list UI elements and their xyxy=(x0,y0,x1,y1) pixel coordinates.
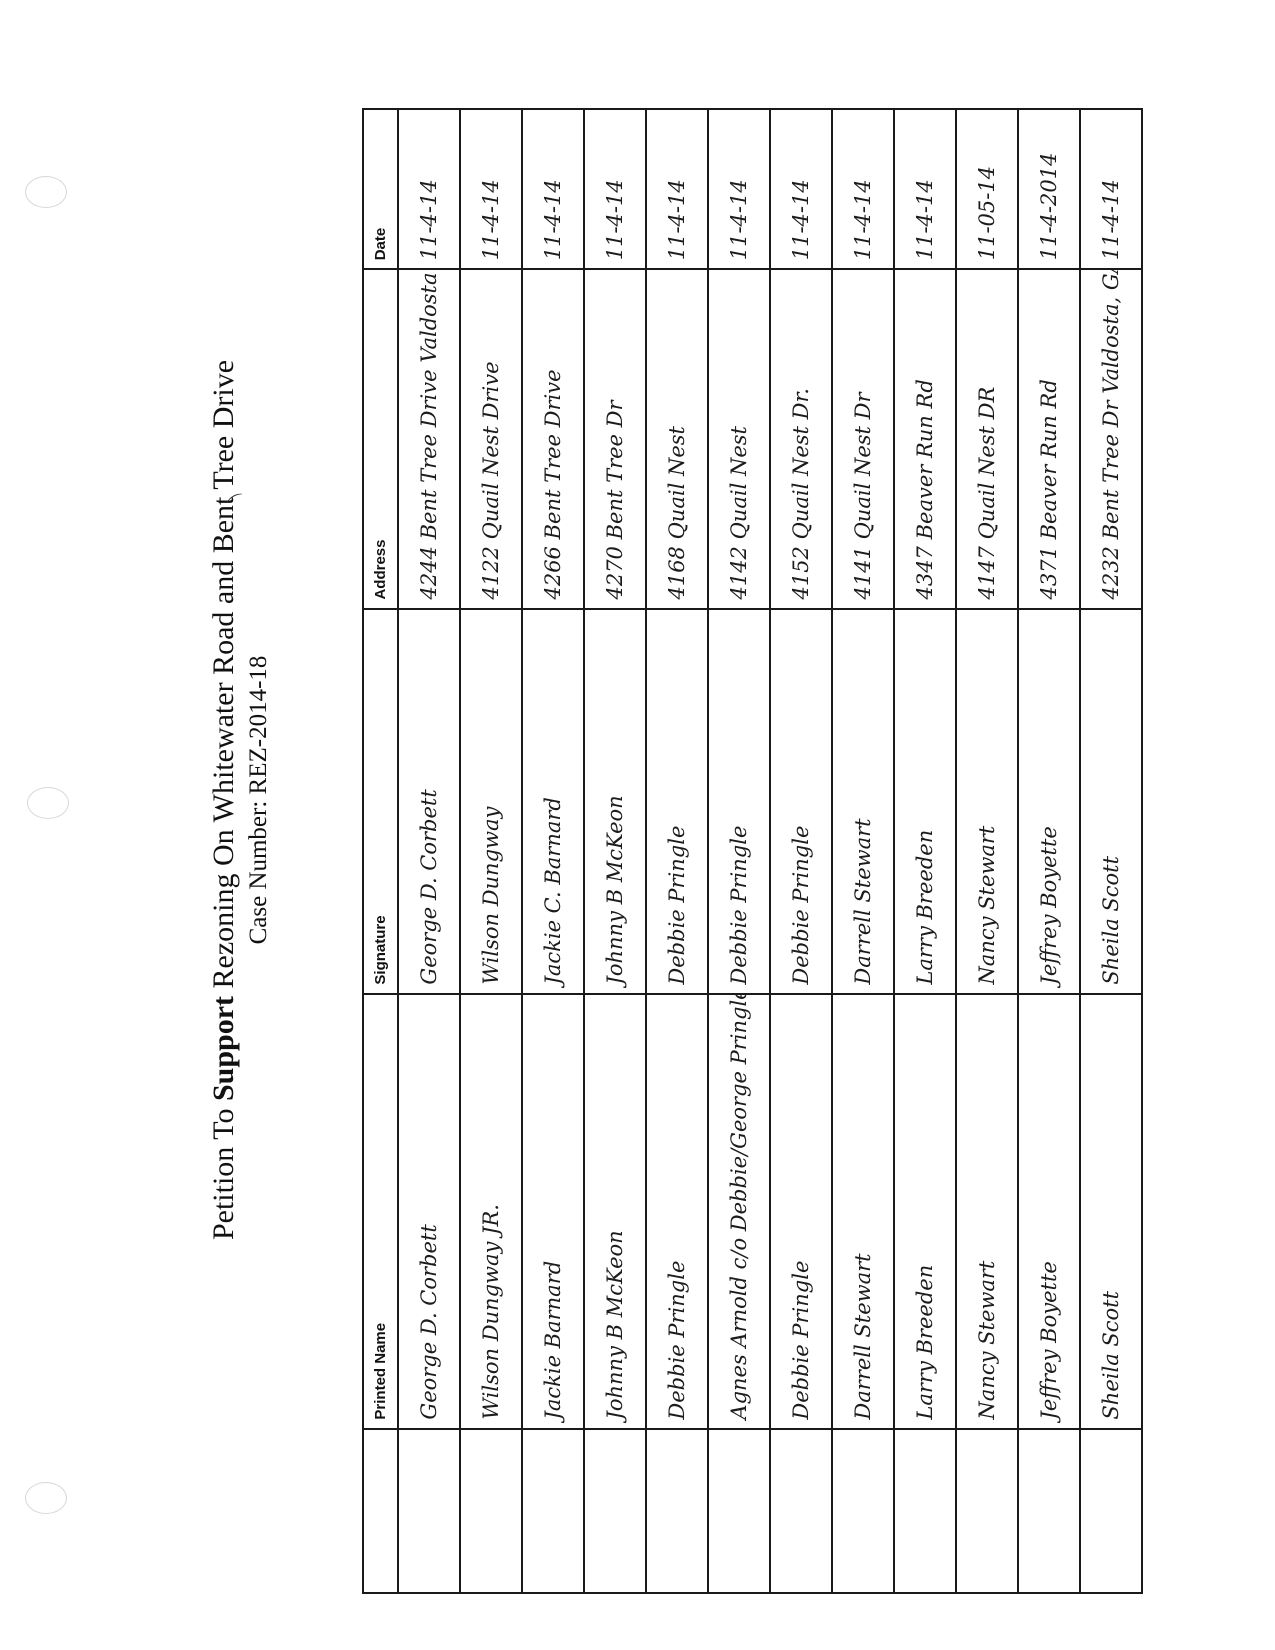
address-cell: 4147 Quail Nest DR xyxy=(956,269,1018,608)
signature-cell: Jeffrey Boyette xyxy=(1018,609,1080,994)
table-row: Wilson Dungway JR.Wilson Dungway4122 Qua… xyxy=(460,109,522,1593)
punch-hole xyxy=(25,176,67,208)
signature-cell: Sheila Scott xyxy=(1080,609,1142,994)
address-cell: 4122 Quail Nest Drive xyxy=(460,269,522,608)
printed-name-cell: Larry Breeden xyxy=(894,994,956,1429)
printed-name-cell: Debbie Pringle xyxy=(646,994,708,1429)
petition-title: Petition To Support Rezoning On Whitewat… xyxy=(205,250,243,1350)
signature-cell: Darrell Stewart xyxy=(832,609,894,994)
row-number xyxy=(956,1429,1018,1593)
petition-table: Printed Name Signature Address Date Geor… xyxy=(362,108,1143,1594)
signature-cell: George D. Corbett xyxy=(398,609,460,994)
table-row: Jackie BarnardJackie C. Barnard4266 Bent… xyxy=(522,109,584,1593)
header-signature: Signature xyxy=(363,609,398,994)
date-cell: 11-4-14 xyxy=(894,109,956,269)
title-block: Petition To Support Rezoning On Whitewat… xyxy=(205,250,285,1350)
row-number xyxy=(1080,1429,1142,1593)
row-number xyxy=(832,1429,894,1593)
header-address: Address xyxy=(363,269,398,608)
printed-name-cell: Jackie Barnard xyxy=(522,994,584,1429)
date-cell: 11-4-14 xyxy=(832,109,894,269)
table-row: Johnny B McKeonJohnny B McKeon4270 Bent … xyxy=(584,109,646,1593)
printed-name-cell: Jeffrey Boyette xyxy=(1018,994,1080,1429)
row-number xyxy=(584,1429,646,1593)
punch-hole xyxy=(27,787,69,819)
signature-cell: Larry Breeden xyxy=(894,609,956,994)
signature-cell: Wilson Dungway xyxy=(460,609,522,994)
date-cell: 11-4-14 xyxy=(398,109,460,269)
printed-name-cell: Johnny B McKeon xyxy=(584,994,646,1429)
printed-name-cell: George D. Corbett xyxy=(398,994,460,1429)
date-cell: 11-4-14 xyxy=(770,109,832,269)
date-cell: 11-4-14 xyxy=(584,109,646,269)
address-cell: 4168 Quail Nest xyxy=(646,269,708,608)
row-number xyxy=(646,1429,708,1593)
row-number xyxy=(398,1429,460,1593)
table-row: Agnes Arnold c/o Debbie/George PringleDe… xyxy=(708,109,770,1593)
date-cell: 11-4-14 xyxy=(460,109,522,269)
row-number xyxy=(460,1429,522,1593)
printed-name-cell: Agnes Arnold c/o Debbie/George Pringle xyxy=(708,994,770,1429)
table-header-row: Printed Name Signature Address Date xyxy=(363,109,398,1593)
table-row: Debbie PringleDebbie Pringle4152 Quail N… xyxy=(770,109,832,1593)
date-cell: 11-05-14 xyxy=(956,109,1018,269)
address-cell: 4371 Beaver Run Rd xyxy=(1018,269,1080,608)
address-cell: 4232 Bent Tree Dr Valdosta, GA 31601 xyxy=(1080,269,1142,608)
address-cell: 4244 Bent Tree Drive Valdosta xyxy=(398,269,460,608)
table-row: George D. CorbettGeorge D. Corbett4244 B… xyxy=(398,109,460,1593)
row-number xyxy=(708,1429,770,1593)
address-cell: 4142 Quail Nest xyxy=(708,269,770,608)
table-row: Debbie PringleDebbie Pringle4168 Quail N… xyxy=(646,109,708,1593)
date-cell: 11-4-14 xyxy=(646,109,708,269)
signature-cell: Debbie Pringle xyxy=(770,609,832,994)
header-printed-name: Printed Name xyxy=(363,994,398,1429)
punch-hole xyxy=(25,1482,67,1514)
header-date: Date xyxy=(363,109,398,269)
table-row: Darrell StewartDarrell Stewart4141 Quail… xyxy=(832,109,894,1593)
address-cell: 4152 Quail Nest Dr. xyxy=(770,269,832,608)
table-row: Jeffrey BoyetteJeffrey Boyette4371 Beave… xyxy=(1018,109,1080,1593)
date-cell: 11-4-14 xyxy=(708,109,770,269)
case-number: Case Number: REZ-2014-18 xyxy=(243,250,275,1350)
printed-name-cell: Darrell Stewart xyxy=(832,994,894,1429)
printed-name-cell: Sheila Scott xyxy=(1080,994,1142,1429)
row-number xyxy=(522,1429,584,1593)
address-cell: 4266 Bent Tree Drive xyxy=(522,269,584,608)
header-number xyxy=(363,1429,398,1593)
signature-cell: Johnny B McKeon xyxy=(584,609,646,994)
row-number xyxy=(1018,1429,1080,1593)
table-row: Larry BreedenLarry Breeden4347 Beaver Ru… xyxy=(894,109,956,1593)
signature-cell: Debbie Pringle xyxy=(646,609,708,994)
row-number xyxy=(894,1429,956,1593)
printed-name-cell: Wilson Dungway JR. xyxy=(460,994,522,1429)
signature-cell: Debbie Pringle xyxy=(708,609,770,994)
table-row: Nancy StewartNancy Stewart4147 Quail Nes… xyxy=(956,109,1018,1593)
signature-cell: Nancy Stewart xyxy=(956,609,1018,994)
address-cell: 4347 Beaver Run Rd xyxy=(894,269,956,608)
table-row: Sheila ScottSheila Scott4232 Bent Tree D… xyxy=(1080,109,1142,1593)
date-cell: 11-4-14 xyxy=(1080,109,1142,269)
signature-cell: Jackie C. Barnard xyxy=(522,609,584,994)
printed-name-cell: Nancy Stewart xyxy=(956,994,1018,1429)
row-number xyxy=(770,1429,832,1593)
printed-name-cell: Debbie Pringle xyxy=(770,994,832,1429)
date-cell: 11-4-2014 xyxy=(1018,109,1080,269)
address-cell: 4141 Quail Nest Dr xyxy=(832,269,894,608)
date-cell: 11-4-14 xyxy=(522,109,584,269)
address-cell: 4270 Bent Tree Dr xyxy=(584,269,646,608)
petition-table-wrapper: Printed Name Signature Address Date Geor… xyxy=(362,108,1068,1594)
